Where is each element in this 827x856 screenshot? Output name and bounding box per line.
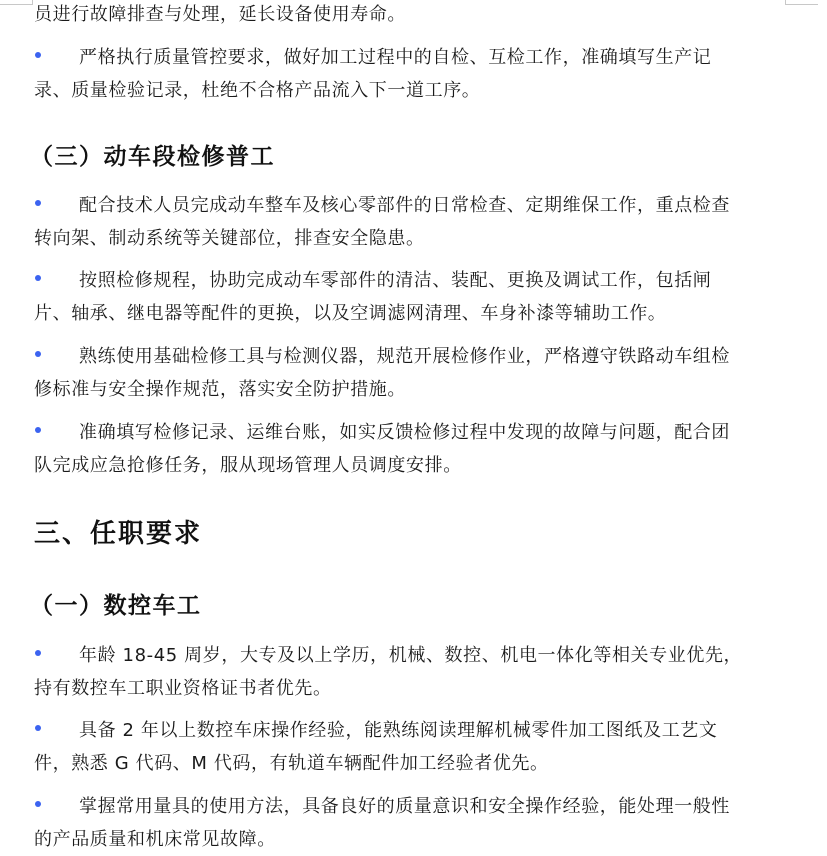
bullet-line-2: 的产品质量和机床常见故障。 bbox=[34, 829, 276, 850]
paragraph-text: 员进行故障排查与处理，延长设备使用寿命。 bbox=[34, 4, 406, 25]
bullet-icon bbox=[34, 340, 79, 373]
bullet-line-1: 按照检修规程，协助完成动车零部件的清洁、装配、更换及调试工作，包括闸 bbox=[79, 270, 711, 291]
bullet-icon bbox=[34, 41, 79, 74]
page-corner-mark-right bbox=[785, 4, 818, 5]
bullet-line-2: 修标准与安全操作规范，落实安全防护措施。 bbox=[34, 379, 406, 400]
bullet-icon bbox=[34, 639, 79, 672]
bullet-item-records-emergency: 准确填写检修记录、运维台账，如实反馈检修过程中发现的故障与问题，配合团 队完成应… bbox=[34, 416, 784, 482]
bullet-line-2: 片、轴承、继电器等配件的更换，以及空调滤网清理、车身补漆等辅助工作。 bbox=[34, 303, 666, 324]
bullet-line-1: 具备 2 年以上数控车床操作经验，能熟练阅读理解机械零件加工图纸及工艺文 bbox=[79, 720, 718, 741]
bullet-line-2: 转向架、制动系统等关键部位，排查安全隐患。 bbox=[34, 228, 425, 249]
page-corner-mark-left bbox=[0, 4, 32, 5]
bullet-line-2: 件，熟悉 G 代码、M 代码，有轨道车辆配件加工经验者优先。 bbox=[34, 753, 549, 774]
bullet-line-1: 配合技术人员完成动车整车及核心零部件的日常检查、定期维保工作，重点检查 bbox=[79, 195, 730, 216]
bullet-line-1: 严格执行质量管控要求，做好加工过程中的自检、互检工作，准确填写生产记 bbox=[79, 47, 711, 68]
bullet-item-measuring-tools: 掌握常用量具的使用方法，具备良好的质量意识和安全操作经验，能处理一般性 的产品质… bbox=[34, 790, 784, 856]
bullet-line-1: 年龄 18-45 周岁，大专及以上学历，机械、数控、机电一体化等相关专业优先， bbox=[79, 645, 742, 666]
bullet-icon bbox=[34, 714, 79, 747]
section-heading-emu-maintenance: （三）动车段检修普工 bbox=[30, 138, 275, 171]
bullet-line-1: 准确填写检修记录、运维台账，如实反馈检修过程中发现的故障与问题，配合团 bbox=[79, 422, 730, 443]
bullet-icon bbox=[34, 264, 79, 297]
bullet-line-2: 录、质量检验记录，杜绝不合格产品流入下一道工序。 bbox=[34, 80, 480, 101]
section-heading-job-requirements: 三、任职要求 bbox=[34, 513, 202, 550]
page-corner-mark-right-vertical bbox=[785, 0, 786, 5]
bullet-line-1: 熟练使用基础检修工具与检测仪器，规范开展检修作业，严格遵守铁路动车组检 bbox=[79, 346, 730, 367]
bullet-icon bbox=[34, 416, 79, 449]
bullet-item-emu-inspection: 配合技术人员完成动车整车及核心零部件的日常检查、定期维保工作，重点检查 转向架、… bbox=[34, 189, 784, 255]
bullet-item-tools-safety: 熟练使用基础检修工具与检测仪器，规范开展检修作业，严格遵守铁路动车组检 修标准与… bbox=[34, 340, 784, 406]
bullet-line-2: 持有数控车工职业资格证书者优先。 bbox=[34, 678, 332, 699]
page-corner-mark-left-vertical bbox=[32, 0, 33, 5]
bullet-item-age-education: 年龄 18-45 周岁，大专及以上学历，机械、数控、机电一体化等相关专业优先， … bbox=[34, 639, 784, 705]
bullet-line-1: 掌握常用量具的使用方法，具备良好的质量意识和安全操作经验，能处理一般性 bbox=[79, 796, 730, 817]
paragraph-continuation: 员进行故障排查与处理，延长设备使用寿命。 bbox=[34, 0, 784, 31]
bullet-icon bbox=[34, 790, 79, 823]
bullet-item-parts-replacement: 按照检修规程，协助完成动车零部件的清洁、装配、更换及调试工作，包括闸 片、轴承、… bbox=[34, 264, 784, 330]
section-heading-cnc-lathe: （一）数控车工 bbox=[30, 587, 202, 620]
bullet-item-experience: 具备 2 年以上数控车床操作经验，能熟练阅读理解机械零件加工图纸及工艺文 件，熟… bbox=[34, 714, 784, 780]
bullet-icon bbox=[34, 189, 79, 222]
bullet-item-quality-control: 严格执行质量管控要求，做好加工过程中的自检、互检工作，准确填写生产记 录、质量检… bbox=[34, 41, 784, 107]
bullet-line-2: 队完成应急抢修任务，服从现场管理人员调度安排。 bbox=[34, 455, 462, 476]
